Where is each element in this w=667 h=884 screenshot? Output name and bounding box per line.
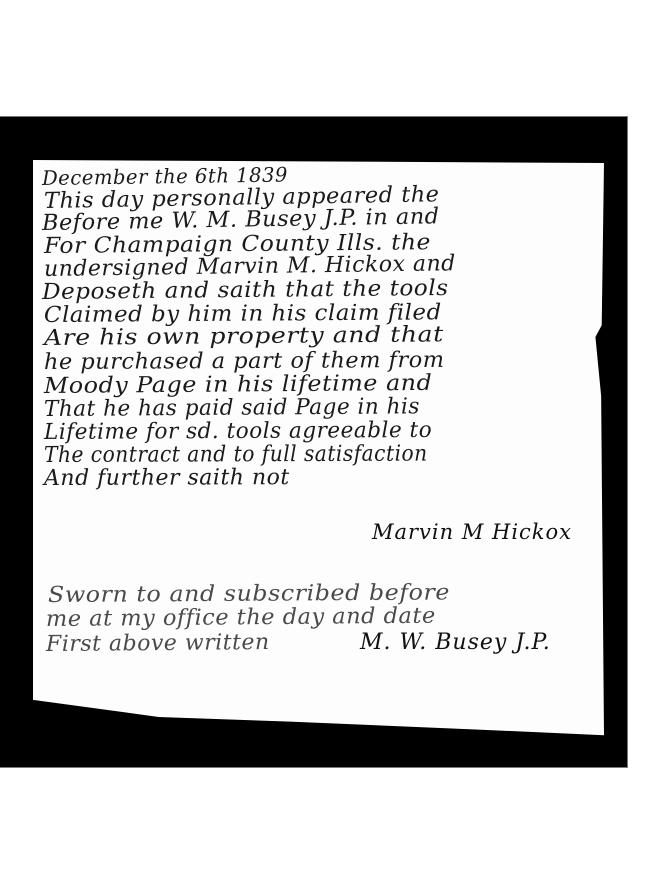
body-line: Are his own property and that (44, 322, 444, 351)
body-line: And further saith not (44, 465, 290, 491)
official-signature: M. W. Busey J.P. (360, 630, 551, 655)
body-line: The contract and to full satisfaction (44, 442, 428, 468)
jurat-line: First above written (46, 630, 270, 657)
deponent-signature: Marvin M Hickox (372, 520, 572, 544)
jurat-line: me at my office the day and date (46, 604, 436, 632)
